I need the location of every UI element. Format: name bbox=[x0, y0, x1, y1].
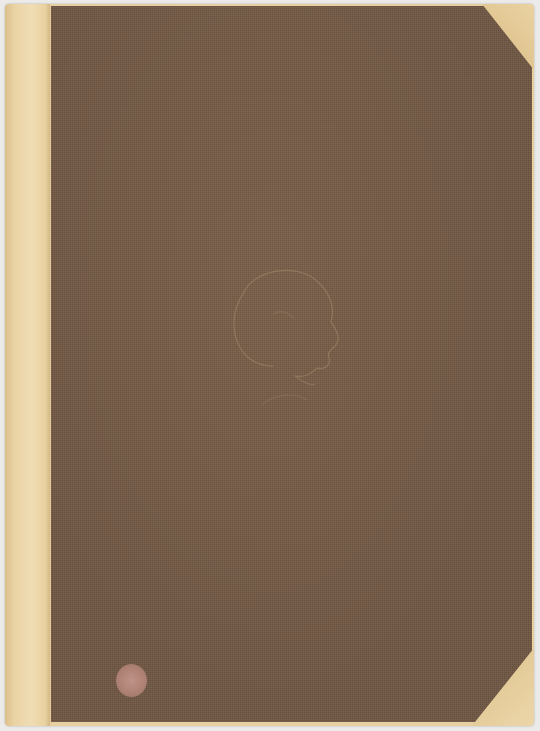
spine-hinge-shadow bbox=[45, 4, 50, 726]
library-stamp bbox=[116, 664, 147, 697]
profile-head-emblem-icon bbox=[203, 254, 353, 424]
book-cover bbox=[5, 4, 534, 726]
